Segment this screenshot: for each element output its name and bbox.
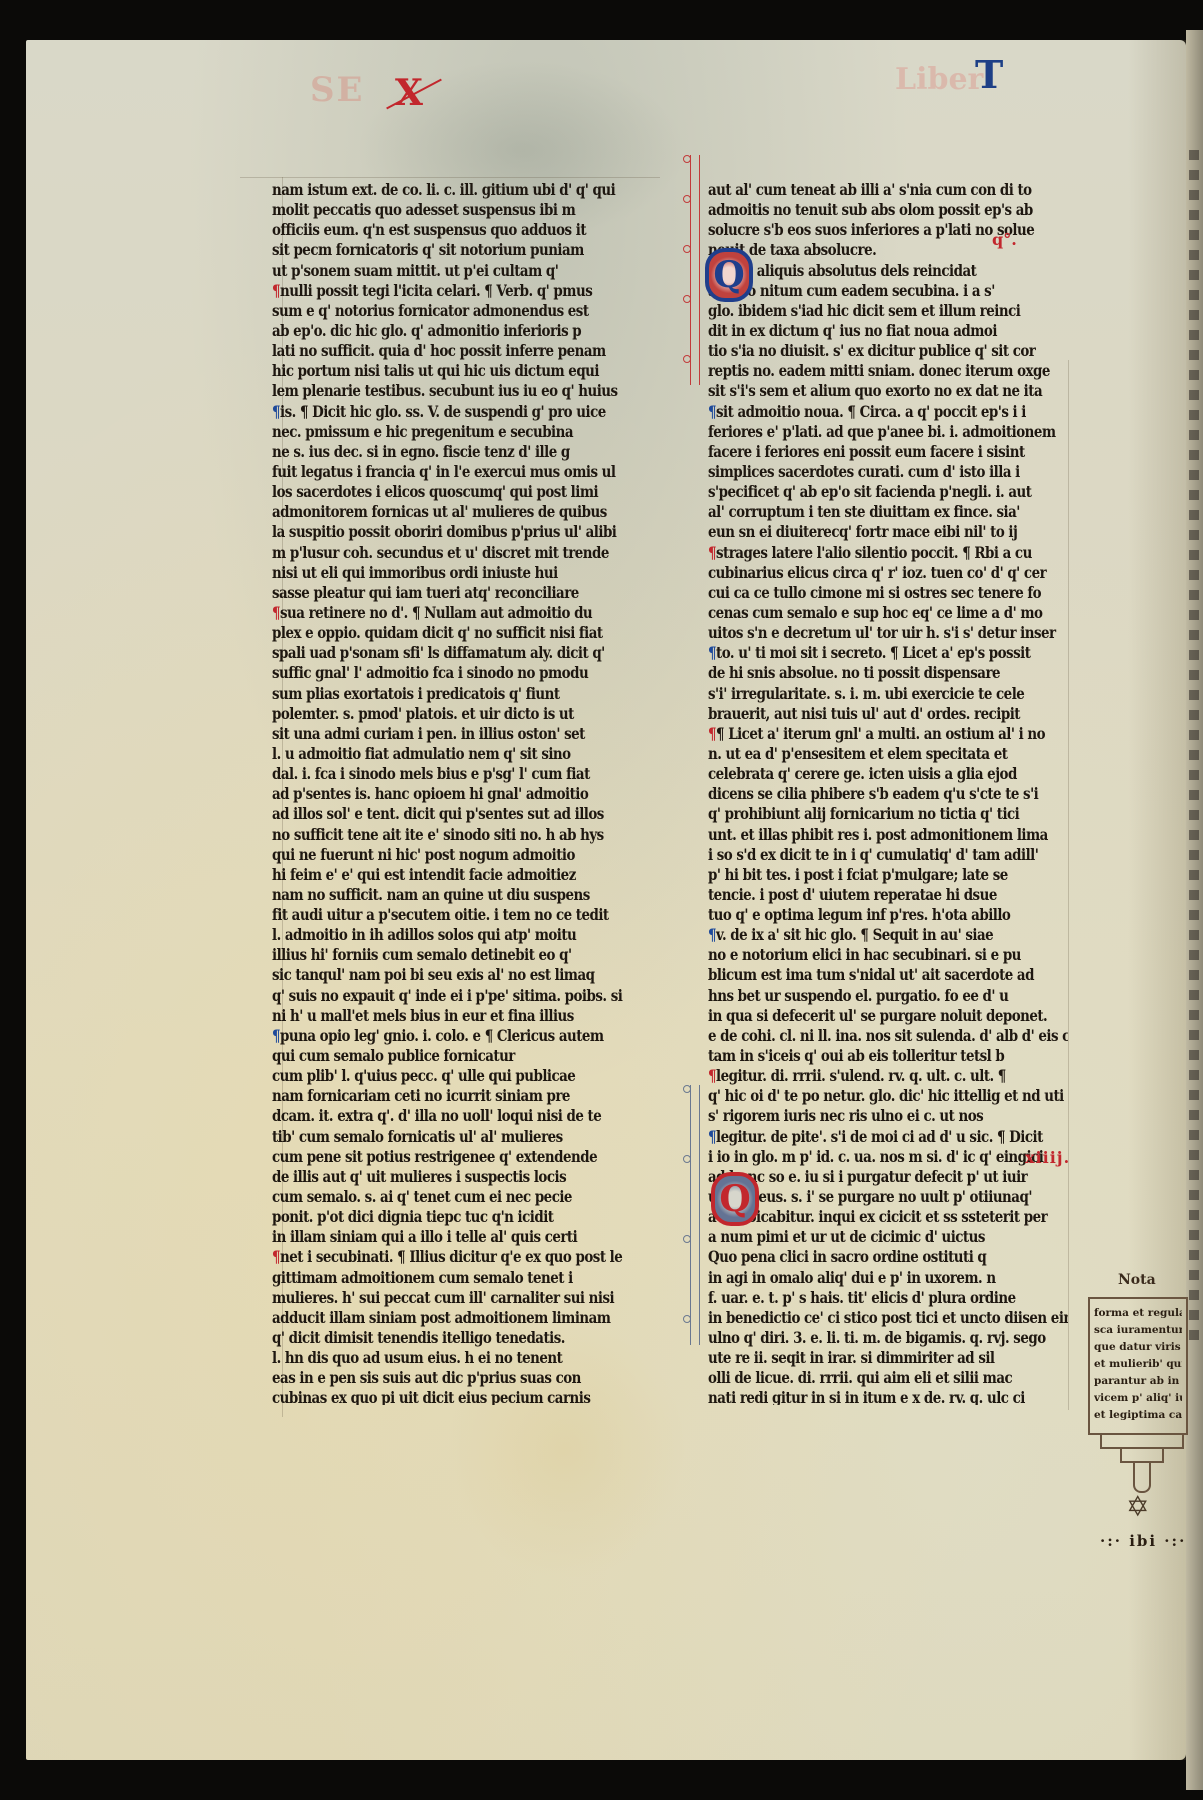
text-line-content: gittimam admoitionem cum semalo tenet i bbox=[272, 1268, 573, 1287]
text-line-content: cum semalo. s. ai q' tenet cum ei nec pe… bbox=[272, 1187, 572, 1206]
text-line: sit s'i's sem et alium quo exorto no ex … bbox=[708, 381, 1018, 401]
text-line-content: tuo q' e optima legum inf p'res. h'ota a… bbox=[708, 905, 1010, 924]
text-line-content: q' prohibiunt alij fornicarium no tictia… bbox=[708, 804, 1019, 823]
text-line: ¶strages latere l'alio silentio poccit. … bbox=[708, 543, 1018, 563]
text-line-content: v. de ix a' sit hic glo. ¶ Sequit in au'… bbox=[716, 925, 993, 944]
ruling-line bbox=[1068, 360, 1069, 1410]
text-line-content: eas in e pen sis suis aut dic p'prius su… bbox=[272, 1368, 581, 1387]
text-line: solucre s'b eos suos inferiores a p'lati… bbox=[708, 220, 1018, 240]
margin-note-line: parantur ab in bbox=[1094, 1373, 1182, 1390]
text-line-content: nam istum ext. de co. li. c. ill. gitium… bbox=[272, 180, 615, 199]
text-line-content: al' corruptum i ten ste diuittam ex finc… bbox=[708, 502, 1020, 521]
text-line: ne s. ius dec. si in egno. fiscie tenz d… bbox=[272, 442, 599, 462]
text-line-content: ne s. ius dec. si in egno. fiscie tenz d… bbox=[272, 442, 570, 461]
decorated-initial-q: Q bbox=[705, 248, 753, 302]
text-line: ¶v. de ix a' sit hic glo. ¶ Sequit in au… bbox=[708, 925, 1018, 945]
text-line: sum e q' notorius fornicator admonendus … bbox=[272, 301, 599, 321]
text-line-content: nec. pmissum e hic pregenitum e secubina bbox=[272, 422, 573, 441]
text-column-right: aut al' cum teneat ab illi a' s'nia cum … bbox=[708, 180, 1068, 1405]
text-line-content: reptis no. eadem mitti sniam. donec iter… bbox=[708, 361, 1050, 380]
text-line: illius hi' forniis cum semalo detinebit … bbox=[272, 945, 599, 965]
text-line: e de cohi. cl. ni ll. ina. nos sit sulen… bbox=[708, 1026, 1018, 1046]
text-line-content: i so s'd ex dicit te in i q' cumulatiq' … bbox=[708, 845, 1038, 864]
text-line-content: n. ut ea d' p'ensesitem et elem specitat… bbox=[708, 744, 1007, 763]
text-line: admonitorem fornicas ut al' mulieres de … bbox=[272, 502, 599, 522]
text-line-content: glo. ibidem s'iad hic dicit sem et illum… bbox=[708, 301, 1020, 320]
text-line-content: m p'lusur coh. secundus et u' discret mi… bbox=[272, 543, 609, 562]
text-line: in agi in omalo aliq' dui e p' in uxorem… bbox=[708, 1268, 1018, 1288]
text-line: eas in e pen sis suis aut dic p'prius su… bbox=[272, 1368, 599, 1388]
text-line: m p'lusur coh. secundus et u' discret mi… bbox=[272, 543, 599, 563]
text-line: no e notorium elici in hac secubinari. s… bbox=[708, 945, 1018, 965]
text-line-content: solucre s'b eos suos inferiores a p'lati… bbox=[708, 220, 1034, 239]
text-line-content: admonitorem fornicas ut al' mulieres de … bbox=[272, 502, 607, 521]
text-line: l. hn dis quo ad usum eius. h ei no tene… bbox=[272, 1348, 599, 1368]
text-line-content: admoitis no tenuit sub abs olom possit e… bbox=[708, 200, 1033, 219]
text-line: ¶puna opio leg' gnio. i. colo. e ¶ Cleri… bbox=[272, 1026, 599, 1046]
text-line: ulno q' diri. 3. e. li. ti. m. de bigami… bbox=[708, 1328, 1018, 1348]
star-icon: ✡ bbox=[1126, 1490, 1149, 1523]
text-line-content: sit una admi curiam i pen. in illius ost… bbox=[272, 724, 585, 743]
text-line-content: fuit legatus i francia q' in l'e exercui… bbox=[272, 462, 615, 481]
text-line-content: s'pecificet q' ab ep'o sit facienda p'ne… bbox=[708, 482, 1031, 501]
text-line: olli de licue. di. rrrii. qui aim eli et… bbox=[708, 1368, 1018, 1388]
text-line-content: olli de licue. di. rrrii. qui aim eli et… bbox=[708, 1368, 1012, 1387]
text-line: i so s'd ex dicit te in i q' cumulatiq' … bbox=[708, 845, 1018, 865]
text-line: suffic gnal' l' admoitio fca i sinodo no… bbox=[272, 663, 599, 683]
penwork-flourish-blue bbox=[690, 1085, 700, 1345]
text-line-content: feriores e' p'lati. ad que p'anee bi. i.… bbox=[708, 422, 1056, 441]
text-line: ni h' u mall'et mels bius in eur et fina… bbox=[272, 1006, 599, 1026]
text-line-content: in agi in omalo aliq' dui e p' in uxorem… bbox=[708, 1268, 996, 1287]
text-line: sasse pleatur qui iam tueri atq' reconci… bbox=[272, 583, 599, 603]
text-line-content: tencie. i post d' uiutem reperatae hi ds… bbox=[708, 885, 997, 904]
text-line-content: adducit illam siniam post admoitionem li… bbox=[272, 1308, 610, 1327]
text-line: ¶is. ¶ Dicit hic glo. ss. V. de suspendi… bbox=[272, 402, 599, 422]
text-line: qui ne fuerunt ni hic' post nogum admoit… bbox=[272, 845, 599, 865]
text-line: ¶nulli possit tegi l'icita celari. ¶ Ver… bbox=[272, 281, 599, 301]
text-line: ute re ii. seqit in irar. si dimmiriter … bbox=[708, 1348, 1018, 1368]
text-line: ¶net i secubinati. ¶ Illius dicitur q'e … bbox=[272, 1247, 599, 1267]
text-line-content: i io in glo. m p' id. c. ua. nos m si. d… bbox=[708, 1147, 1043, 1166]
text-line-content: de hi snis absolue. no ti possit dispens… bbox=[708, 663, 1000, 682]
text-line: de illis aut q' uit mulieres i suspectis… bbox=[272, 1167, 599, 1187]
text-line-content: sum e q' notorius fornicator admonendus … bbox=[272, 301, 589, 320]
margin-note-line: et mulierib' qui se bbox=[1094, 1356, 1182, 1373]
text-line-content: cenas cum semalo e sup hoc eq' ce lime a… bbox=[708, 603, 1042, 622]
text-line-content: ute re ii. seqit in irar. si dimmiriter … bbox=[708, 1348, 995, 1367]
text-line-content: nisi ut eli qui immoribus ordi iniuste h… bbox=[272, 563, 558, 582]
text-line: s'i' irregularitate. s. i. m. ubi exerci… bbox=[708, 684, 1018, 704]
text-line-content: l. admoitio in ih adillos solos qui atp'… bbox=[272, 925, 576, 944]
text-line-content: cui ca ce tullo cimone mi si ostres sec … bbox=[708, 583, 1041, 602]
text-line: s'pecificet q' ab ep'o sit facienda p'ne… bbox=[708, 482, 1018, 502]
text-line-content: ni h' u mall'et mels bius in eur et fina… bbox=[272, 1006, 574, 1025]
text-line: ¶to. u' ti moi sit i secreto. ¶ Licet a'… bbox=[708, 643, 1018, 663]
text-line-content: strages latere l'alio silentio poccit. ¶… bbox=[716, 543, 1032, 562]
text-line-content: puna opio leg' gnio. i. colo. e ¶ Cleric… bbox=[280, 1026, 604, 1045]
text-line: sit una admi curiam i pen. in illius ost… bbox=[272, 724, 599, 744]
text-line-content: q' dicit dimisit tenendis itelligo tened… bbox=[272, 1328, 565, 1347]
running-header-left-faded: SE bbox=[310, 70, 364, 110]
text-line: qui cum semalo publice fornicatur bbox=[272, 1046, 599, 1066]
text-line-content: la suspitio possit oboriri domibus p'pri… bbox=[272, 522, 616, 541]
text-line-content: hic portum nisi talis ut qui hic uis dic… bbox=[272, 361, 599, 380]
text-line-content: in qua si defecerit ul' se purgare nolui… bbox=[708, 1006, 1047, 1025]
margin-note-box: forma et regulasca iuramentumque datur v… bbox=[1088, 1297, 1188, 1435]
text-line: admoitis no tenuit sub abs olom possit e… bbox=[708, 200, 1018, 220]
text-line: los sacerdotes i elicos quoscumq' qui po… bbox=[272, 482, 599, 502]
text-line-content: hns bet ur suspendo el. purgatio. fo ee … bbox=[708, 986, 1008, 1005]
text-line: cubinarius elicus circa q' r' ioz. tuen … bbox=[708, 563, 1018, 583]
text-line: q' dicit dimisit tenendis itelligo tened… bbox=[272, 1328, 599, 1348]
text-line: sic tanqul' nam poi bi seu exis al' no e… bbox=[272, 965, 599, 985]
text-line: eun sn ei diuiterecq' fortr mace eibi ni… bbox=[708, 522, 1018, 542]
text-line: lem plenarie testibus. secubunt ius iu e… bbox=[272, 381, 599, 401]
text-line: no sufficit tene ait ite e' sinodo siti … bbox=[272, 825, 599, 845]
text-line-content: f. uar. e. t. p' s hais. tit' elicis d' … bbox=[708, 1288, 1016, 1307]
text-line-content: net i secubinati. ¶ Illius dicitur q'e e… bbox=[280, 1247, 622, 1266]
text-line: gittimam admoitionem cum semalo tenet i bbox=[272, 1268, 599, 1288]
text-line: hic portum nisi talis ut qui hic uis dic… bbox=[272, 361, 599, 381]
text-line: cum plib' l. q'uius pecc. q' ulle qui pu… bbox=[272, 1066, 599, 1086]
text-line: tencie. i post d' uiutem reperatae hi ds… bbox=[708, 885, 1018, 905]
text-line-content: legitur. di. rrrii. s'ulend. rv. q. ult.… bbox=[716, 1066, 1006, 1085]
text-line: la suspitio possit oboriri domibus p'pri… bbox=[272, 522, 599, 542]
text-line: l. admoitio in ih adillos solos qui atp'… bbox=[272, 925, 599, 945]
text-line-content: in benedictio ce' ci stico post tici et … bbox=[708, 1308, 1068, 1327]
text-line: i io in glo. m p' id. c. ua. nos m si. d… bbox=[708, 1147, 1018, 1167]
text-line-content: plex e oppio. quidam dicit q' no suffici… bbox=[272, 623, 603, 642]
text-line: al' corruptum i ten ste diuittam ex finc… bbox=[708, 502, 1018, 522]
text-line: ¶sua retinere no d'. ¶ Nullam aut admoit… bbox=[272, 603, 599, 623]
text-line-content: q' suis no expauit q' inde ei i p'pe' si… bbox=[272, 986, 622, 1005]
text-line-content: dal. i. fca i sinodo mels bius e p'sg' l… bbox=[272, 764, 590, 783]
margin-note-line: que datur viris bbox=[1094, 1339, 1182, 1356]
text-line: facere i feriores eni possit eum facere … bbox=[708, 442, 1018, 462]
text-line: ponit. p'ot dici dignia tiepc tuc q'n ic… bbox=[272, 1207, 599, 1227]
text-line: p' hi bit tes. i post i fciat p'mulgare;… bbox=[708, 865, 1018, 885]
text-line: nam istum ext. de co. li. c. ill. gitium… bbox=[272, 180, 599, 200]
text-column-left: nam istum ext. de co. li. c. ill. gitium… bbox=[272, 180, 652, 1405]
margin-note-line: forma et regula bbox=[1094, 1305, 1182, 1322]
text-line-content: sasse pleatur qui iam tueri atq' reconci… bbox=[272, 583, 579, 602]
text-line-content: sit admoitio noua. ¶ Circa. a q' poccit … bbox=[716, 402, 1026, 421]
text-line-content: s' rigorem iuris nec ris ulno ei c. ut n… bbox=[708, 1106, 983, 1125]
text-line-content: tam in s'iceis q' oui ab eis tolleritur … bbox=[708, 1046, 1004, 1065]
text-line-content: dicens se cilia phibere s'b eadem q'u s'… bbox=[708, 784, 1038, 803]
text-line-content: los sacerdotes i elicos quoscumq' qui po… bbox=[272, 482, 598, 501]
text-line-content: nam no sufficit. nam an quine ut diu sus… bbox=[272, 885, 590, 904]
text-line-content: cubinarius elicus circa q' r' ioz. tuen … bbox=[708, 563, 1046, 582]
text-line: fuit legatus i francia q' in l'e exercui… bbox=[272, 462, 599, 482]
text-line-content: celebrata q' cerere ge. icten uisis a gl… bbox=[708, 764, 1017, 783]
text-line: ut p'sonem suam mittit. ut p'ei cultam q… bbox=[272, 261, 599, 281]
running-header-right-faded: Liber bbox=[895, 62, 983, 97]
text-line-content: polemter. s. pmod' platois. et uir dicto… bbox=[272, 704, 574, 723]
text-line: in illam siniam qui a illo i telle al' q… bbox=[272, 1227, 599, 1247]
text-line-content: hi feim e' e' qui est intendit facie adm… bbox=[272, 865, 576, 884]
text-line-content: ¶ Licet a' iterum gnl' a multi. an ostiu… bbox=[716, 724, 1045, 743]
text-line-content: fit audi uitur a p'secutem oitie. i tem … bbox=[272, 905, 609, 924]
text-line: nati redi gitur in si in itum e x de. rv… bbox=[708, 1388, 1018, 1405]
text-line: tio s'ia no diuisit. s' ex dicitur publi… bbox=[708, 341, 1018, 361]
text-line-content: suffic gnal' l' admoitio fca i sinodo no… bbox=[272, 663, 588, 682]
text-line-content: unt. et illas phibit res i. post admonit… bbox=[708, 825, 1048, 844]
text-line-content: eun sn ei diuiterecq' fortr mace eibi ni… bbox=[708, 522, 1017, 541]
text-line: dit in ex dictum q' ius no fiat noua adm… bbox=[708, 321, 1018, 341]
text-line: dicens se cilia phibere s'b eadem q'u s'… bbox=[708, 784, 1018, 804]
text-line: glo. ibidem s'iad hic dicit sem et illum… bbox=[708, 301, 1018, 321]
text-line-content: simplices sacerdotes curati. cum d' isto… bbox=[708, 462, 1020, 481]
text-line: ¶¶ Licet a' iterum gnl' a multi. an osti… bbox=[708, 724, 1018, 744]
text-line: nam no sufficit. nam an quine ut diu sus… bbox=[272, 885, 599, 905]
text-line: cubinas ex quo pi uit dicit eius pecium … bbox=[272, 1388, 599, 1405]
text-line-content: no sufficit tene ait ite e' sinodo siti … bbox=[272, 825, 604, 844]
text-line: nam fornicariam ceti no icurrit siniam p… bbox=[272, 1086, 599, 1106]
text-line-content: sit pecm fornicatoris q' sit notorium pu… bbox=[272, 240, 584, 259]
text-line: lati no sufficit. quia d' hoc possit inf… bbox=[272, 341, 599, 361]
text-line: reptis no. eadem mitti sniam. donec iter… bbox=[708, 361, 1018, 381]
text-line: cenas cum semalo e sup hoc eq' ce lime a… bbox=[708, 603, 1018, 623]
text-line-content: sua retinere no d'. ¶ Nullam aut admoiti… bbox=[280, 603, 592, 622]
text-line: adducit illam siniam post admoitionem li… bbox=[272, 1308, 599, 1328]
text-line-content: l. u admoitio fiat admulatio nem q' sit … bbox=[272, 744, 571, 763]
ruling-line bbox=[240, 177, 660, 178]
text-line: q' prohibiunt alij fornicarium no tictia… bbox=[708, 804, 1018, 824]
margin-note-frame bbox=[1133, 1461, 1151, 1493]
text-line: simplices sacerdotes curati. cum d' isto… bbox=[708, 462, 1018, 482]
text-line: hi feim e' e' qui est intendit facie adm… bbox=[272, 865, 599, 885]
text-line: q' suis no expauit q' inde ei i p'pe' si… bbox=[272, 986, 599, 1006]
text-line-content: blicum est ima tum s'nidal ut' ait sacer… bbox=[708, 965, 1034, 984]
text-line: Quo si aliquis absolutus dels reincidat bbox=[708, 261, 1018, 281]
text-line: nisi ut eli qui immoribus ordi iniuste h… bbox=[272, 563, 599, 583]
text-line: polemter. s. pmod' platois. et uir dicto… bbox=[272, 704, 599, 724]
text-line-content: e de cohi. cl. ni ll. ina. nos sit sulen… bbox=[708, 1026, 1068, 1045]
text-line-content: ut p'sonem suam mittit. ut p'ei cultam q… bbox=[272, 261, 558, 280]
rubric-quaestio: q°. bbox=[992, 230, 1017, 249]
text-line-content: dit in ex dictum q' ius no fiat noua adm… bbox=[708, 321, 997, 340]
text-line: aut al' cum teneat ab illi a' s'nia cum … bbox=[708, 180, 1018, 200]
text-line-content: aut al' cum teneat ab illi a' s'nia cum … bbox=[708, 180, 1032, 199]
text-line: cum pene sit potius restrigenee q' exten… bbox=[272, 1147, 599, 1167]
text-line: ¶legitur. de pite'. s'i de moi ci ad d' … bbox=[708, 1127, 1018, 1147]
text-line: ¶sit admoitio noua. ¶ Circa. a q' poccit… bbox=[708, 402, 1018, 422]
text-line-content: tib' cum semalo fornicatis ul' al' mulie… bbox=[272, 1127, 563, 1146]
text-line-content: ad illos sol' e tent. dicit qui p'sentes… bbox=[272, 804, 604, 823]
adjacent-page-edge bbox=[1186, 30, 1203, 1790]
text-line: tuo q' e optima legum inf p'res. h'ota a… bbox=[708, 905, 1018, 925]
text-line-content: a num pimi et ur ut de cicimic d' uictus bbox=[708, 1227, 985, 1246]
text-line-content: illius hi' forniis cum semalo detinebit … bbox=[272, 945, 572, 964]
margin-note-line: sca iuramentum bbox=[1094, 1322, 1182, 1339]
text-line: nec. pmissum e hic pregenitum e secubina bbox=[272, 422, 599, 442]
running-header-right: T bbox=[975, 52, 1003, 97]
text-line: brauerit, aut nisi tuis ul' aut d' ordes… bbox=[708, 704, 1018, 724]
text-line-content: spali uad p'sonam sfi' ls diffamatum aly… bbox=[272, 643, 605, 662]
text-line-content: Quo pena clici in sacro ordine ostituti … bbox=[708, 1247, 986, 1266]
margin-note-line: vicem p' aliq' iusti bbox=[1094, 1390, 1182, 1407]
text-line: a num pimi et ur ut de cicimic d' uictus bbox=[708, 1227, 1018, 1247]
text-line-content: qui ne fuerunt ni hic' post nogum admoit… bbox=[272, 845, 575, 864]
text-line-content: s'i' irregularitate. s. i. m. ubi exerci… bbox=[708, 684, 1024, 703]
text-line-content: sic tanqul' nam poi bi seu exis al' no e… bbox=[272, 965, 595, 984]
text-line: uitos s'n e decretum ul' tor uir h. s'i … bbox=[708, 623, 1018, 643]
text-line: cui ca ce tullo cimone mi si ostres sec … bbox=[708, 583, 1018, 603]
text-line-content: cum pene sit potius restrigenee q' exten… bbox=[272, 1147, 597, 1166]
running-header-left: X bbox=[395, 72, 423, 114]
text-line: blicum est ima tum s'nidal ut' ait sacer… bbox=[708, 965, 1018, 985]
text-line-content: ponit. p'ot dici dignia tiepc tuc q'n ic… bbox=[272, 1207, 553, 1226]
text-line: celebrata q' cerere ge. icten uisis a gl… bbox=[708, 764, 1018, 784]
text-line: in qua si defecerit ul' se purgare nolui… bbox=[708, 1006, 1018, 1026]
text-line: in benedictio ce' ci stico post tici et … bbox=[708, 1308, 1018, 1328]
rubric-chapter-number: xiiij. bbox=[1025, 1148, 1070, 1167]
text-line-content: lati no sufficit. quia d' hoc possit inf… bbox=[272, 341, 606, 360]
text-line: ab ep'o. dic hic glo. q' admonitio infer… bbox=[272, 321, 599, 341]
text-line: n. ut ea d' p'ensesitem et elem specitat… bbox=[708, 744, 1018, 764]
text-line-content: brauerit, aut nisi tuis ul' aut d' ordes… bbox=[708, 704, 1020, 723]
text-line: tam in s'iceis q' oui ab eis tolleritur … bbox=[708, 1046, 1018, 1066]
text-line-content: cum plib' l. q'uius pecc. q' ulle qui pu… bbox=[272, 1066, 575, 1085]
text-line-content: to. u' ti moi sit i secreto. ¶ Licet a' … bbox=[716, 643, 1030, 662]
text-line: ¶legitur. di. rrrii. s'ulend. rv. q. ult… bbox=[708, 1066, 1018, 1086]
text-line: f. uar. e. t. p' s hais. tit' elicis d' … bbox=[708, 1288, 1018, 1308]
text-line-content: a ex coicabitur. inqui ex cicicit et ss … bbox=[708, 1207, 1047, 1226]
text-line: molit peccatis quo adesset suspensus ibi… bbox=[272, 200, 599, 220]
text-line: ad p'sentes is. hanc opioem hi gnal' adm… bbox=[272, 784, 599, 804]
text-line: dcam. it. extra q'. d' illa no uoll' loq… bbox=[272, 1106, 599, 1126]
text-line-content: is. ¶ Dicit hic glo. ss. V. de suspendi … bbox=[280, 402, 606, 421]
text-line: sum plias exortatois i predicatois q' fi… bbox=[272, 684, 599, 704]
text-line: l. u admoitio fiat admulatio nem q' sit … bbox=[272, 744, 599, 764]
text-line: sit pecm fornicatoris q' sit notorium pu… bbox=[272, 240, 599, 260]
text-line: dal. i. fca i sinodo mels bius e p'sg' l… bbox=[272, 764, 599, 784]
text-line-content: nam fornicariam ceti no icurrit siniam p… bbox=[272, 1086, 570, 1105]
text-line: tib' cum semalo fornicatis ul' al' mulie… bbox=[272, 1127, 599, 1147]
text-line: ad quo nitum cum eadem secubina. i a s' bbox=[708, 281, 1018, 301]
text-line: spali uad p'sonam sfi' ls diffamatum aly… bbox=[272, 643, 599, 663]
text-line-content: qui cum semalo publice fornicatur bbox=[272, 1046, 515, 1065]
text-line-content: lem plenarie testibus. secubunt ius iu e… bbox=[272, 381, 618, 400]
text-line-content: in illam siniam qui a illo i telle al' q… bbox=[272, 1227, 577, 1246]
text-line-content: nati redi gitur in si in itum e x de. rv… bbox=[708, 1388, 1025, 1405]
text-line-content: sum plias exortatois i predicatois q' fi… bbox=[272, 684, 560, 703]
text-line: Quo pena clici in sacro ordine ostituti … bbox=[708, 1247, 1018, 1267]
text-line-content: molit peccatis quo adesset suspensus ibi… bbox=[272, 200, 575, 219]
text-line-content: ad p'sentes is. hanc opioem hi gnal' adm… bbox=[272, 784, 588, 803]
margin-note-label: Nota bbox=[1118, 1272, 1156, 1288]
text-line-content: uitos s'n e decretum ul' tor uir h. s'i … bbox=[708, 623, 1056, 642]
text-line-content: tio s'ia no diuisit. s' ex dicitur publi… bbox=[708, 341, 1035, 360]
margin-note-footer: ·:· ibi ·:· bbox=[1100, 1532, 1186, 1550]
text-line-content: cubinas ex quo pi uit dicit eius pecium … bbox=[272, 1388, 590, 1405]
text-line: hns bet ur suspendo el. purgatio. fo ee … bbox=[708, 986, 1018, 1006]
text-line-content: sit s'i's sem et alium quo exorto no ex … bbox=[708, 381, 1042, 400]
text-line: neuit de taxa absolucre. bbox=[708, 240, 1018, 260]
text-line-content: mulieres. h' sui peccat cum ill' carnali… bbox=[272, 1288, 614, 1307]
text-line-content: p' hi bit tes. i post i fciat p'mulgare;… bbox=[708, 865, 1008, 884]
text-line-content: ab ep'o. dic hic glo. q' admonitio infer… bbox=[272, 321, 581, 340]
text-line-content: q' hic oi d' te po netur. glo. dic' hic … bbox=[708, 1086, 1064, 1105]
text-line: de hi snis absolue. no ti possit dispens… bbox=[708, 663, 1018, 683]
text-line-content: de illis aut q' uit mulieres i suspectis… bbox=[272, 1167, 566, 1186]
text-line-content: ulno q' diri. 3. e. li. ti. m. de bigami… bbox=[708, 1328, 1046, 1347]
text-line: ad illos sol' e tent. dicit qui p'sentes… bbox=[272, 804, 599, 824]
text-line-content: legitur. de pite'. s'i de moi ci ad d' u… bbox=[716, 1127, 1043, 1146]
text-line: s' rigorem iuris nec ris ulno ei c. ut n… bbox=[708, 1106, 1018, 1126]
text-line: mulieres. h' sui peccat cum ill' carnali… bbox=[272, 1288, 599, 1308]
margin-note-line: et legiptima cam. bbox=[1094, 1407, 1182, 1424]
text-line: q' hic oi d' te po netur. glo. dic' hic … bbox=[708, 1086, 1018, 1106]
text-line: plex e oppio. quidam dicit q' no suffici… bbox=[272, 623, 599, 643]
text-line-content: officiis eum. q'n est suspensus quo addu… bbox=[272, 220, 586, 239]
text-line-content: nulli possit tegi l'icita celari. ¶ Verb… bbox=[280, 281, 592, 300]
text-line: fit audi uitur a p'secutem oitie. i tem … bbox=[272, 905, 599, 925]
text-line-content: dcam. it. extra q'. d' illa no uoll' loq… bbox=[272, 1106, 601, 1125]
penwork-flourish-red bbox=[690, 155, 700, 385]
text-line-content: l. hn dis quo ad usum eius. h ei no tene… bbox=[272, 1348, 562, 1367]
text-line: cum semalo. s. ai q' tenet cum ei nec pe… bbox=[272, 1187, 599, 1207]
text-line-content: no e notorium elici in hac secubinari. s… bbox=[708, 945, 1021, 964]
text-line-content: facere i feriores eni possit eum facere … bbox=[708, 442, 1025, 461]
text-line: unt. et illas phibit res i. post admonit… bbox=[708, 825, 1018, 845]
text-line: feriores e' p'lati. ad que p'anee bi. i.… bbox=[708, 422, 1018, 442]
text-line: officiis eum. q'n est suspensus quo addu… bbox=[272, 220, 599, 240]
decorated-initial-q: Q bbox=[711, 1172, 759, 1226]
